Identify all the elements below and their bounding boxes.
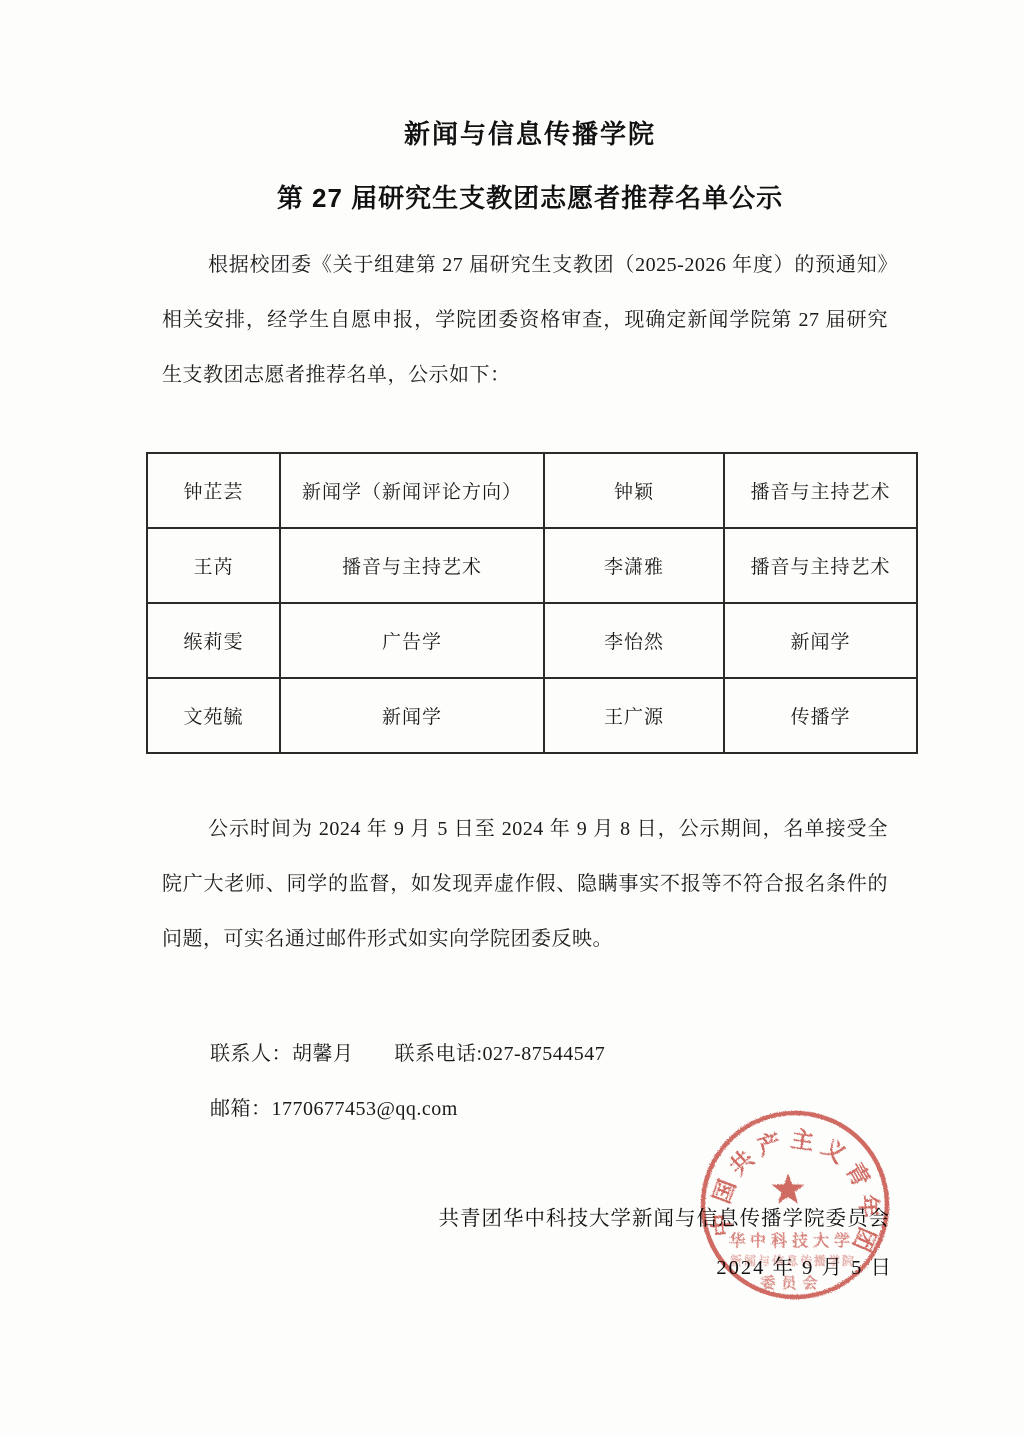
table-row: 王芮 播音与主持艺术 李潇雅 播音与主持艺术 — [147, 528, 917, 603]
cell-major: 传播学 — [724, 678, 917, 753]
announcement-page: 新闻与信息传播学院 第 27 届研究生支教团志愿者推荐名单公示 根据校团委《关于… — [0, 0, 1024, 1436]
page-title: 新闻与信息传播学院 — [170, 114, 890, 151]
cell-name: 王芮 — [147, 528, 280, 603]
cell-major: 新闻学（新闻评论方向） — [280, 453, 544, 528]
contact-email-line: 邮箱：1770677453@qq.com — [210, 1092, 458, 1121]
intro-paragraph: 根据校团委《关于组建第 27 届研究生支教团（2025-2026 年度）的预通知… — [162, 238, 888, 403]
cell-major: 新闻学 — [724, 603, 917, 678]
cell-name: 王广源 — [544, 678, 724, 753]
notice-period-paragraph: 公示时间为 2024 年 9 月 5 日至 2024 年 9 月 8 日，公示期… — [162, 802, 888, 967]
cell-name: 钟颖 — [544, 453, 724, 528]
cell-name: 缑莉雯 — [147, 603, 280, 678]
table-row: 缑莉雯 广告学 李怡然 新闻学 — [147, 603, 917, 678]
issuer-signature: 共青团华中科技大学新闻与信息传播学院委员会 — [439, 1201, 891, 1231]
seal-star-icon — [772, 1173, 804, 1204]
cell-name: 李潇雅 — [544, 528, 724, 603]
seal-arc-text-wrap: 中国共产主义青年团 — [708, 1126, 883, 1261]
page-subtitle: 第 27 届研究生支教团志愿者推荐名单公示 — [130, 178, 930, 215]
volunteer-roster-table: 钟芷芸 新闻学（新闻评论方向） 钟颖 播音与主持艺术 王芮 播音与主持艺术 李潇… — [146, 452, 918, 754]
cell-name: 钟芷芸 — [147, 453, 280, 528]
seal-inner-line1: 华中科技大学 — [729, 1231, 855, 1250]
cell-major: 播音与主持艺术 — [724, 453, 917, 528]
seal-arc-text: 中国共产主义青年团 — [708, 1126, 883, 1261]
table-row: 钟芷芸 新闻学（新闻评论方向） 钟颖 播音与主持艺术 — [147, 453, 917, 528]
cell-name: 李怡然 — [544, 603, 724, 678]
issue-date: 2024 年 9 月 5 日 — [716, 1250, 893, 1280]
cell-major: 广告学 — [280, 603, 544, 678]
cell-major: 新闻学 — [280, 678, 544, 753]
cell-name: 文苑毓 — [147, 678, 280, 753]
table-row: 文苑毓 新闻学 王广源 传播学 — [147, 678, 917, 753]
cell-major: 播音与主持艺术 — [280, 528, 544, 603]
cell-major: 播音与主持艺术 — [724, 528, 917, 603]
contact-person-line: 联系人：胡馨月 联系电话:027-87544547 — [210, 1037, 605, 1066]
